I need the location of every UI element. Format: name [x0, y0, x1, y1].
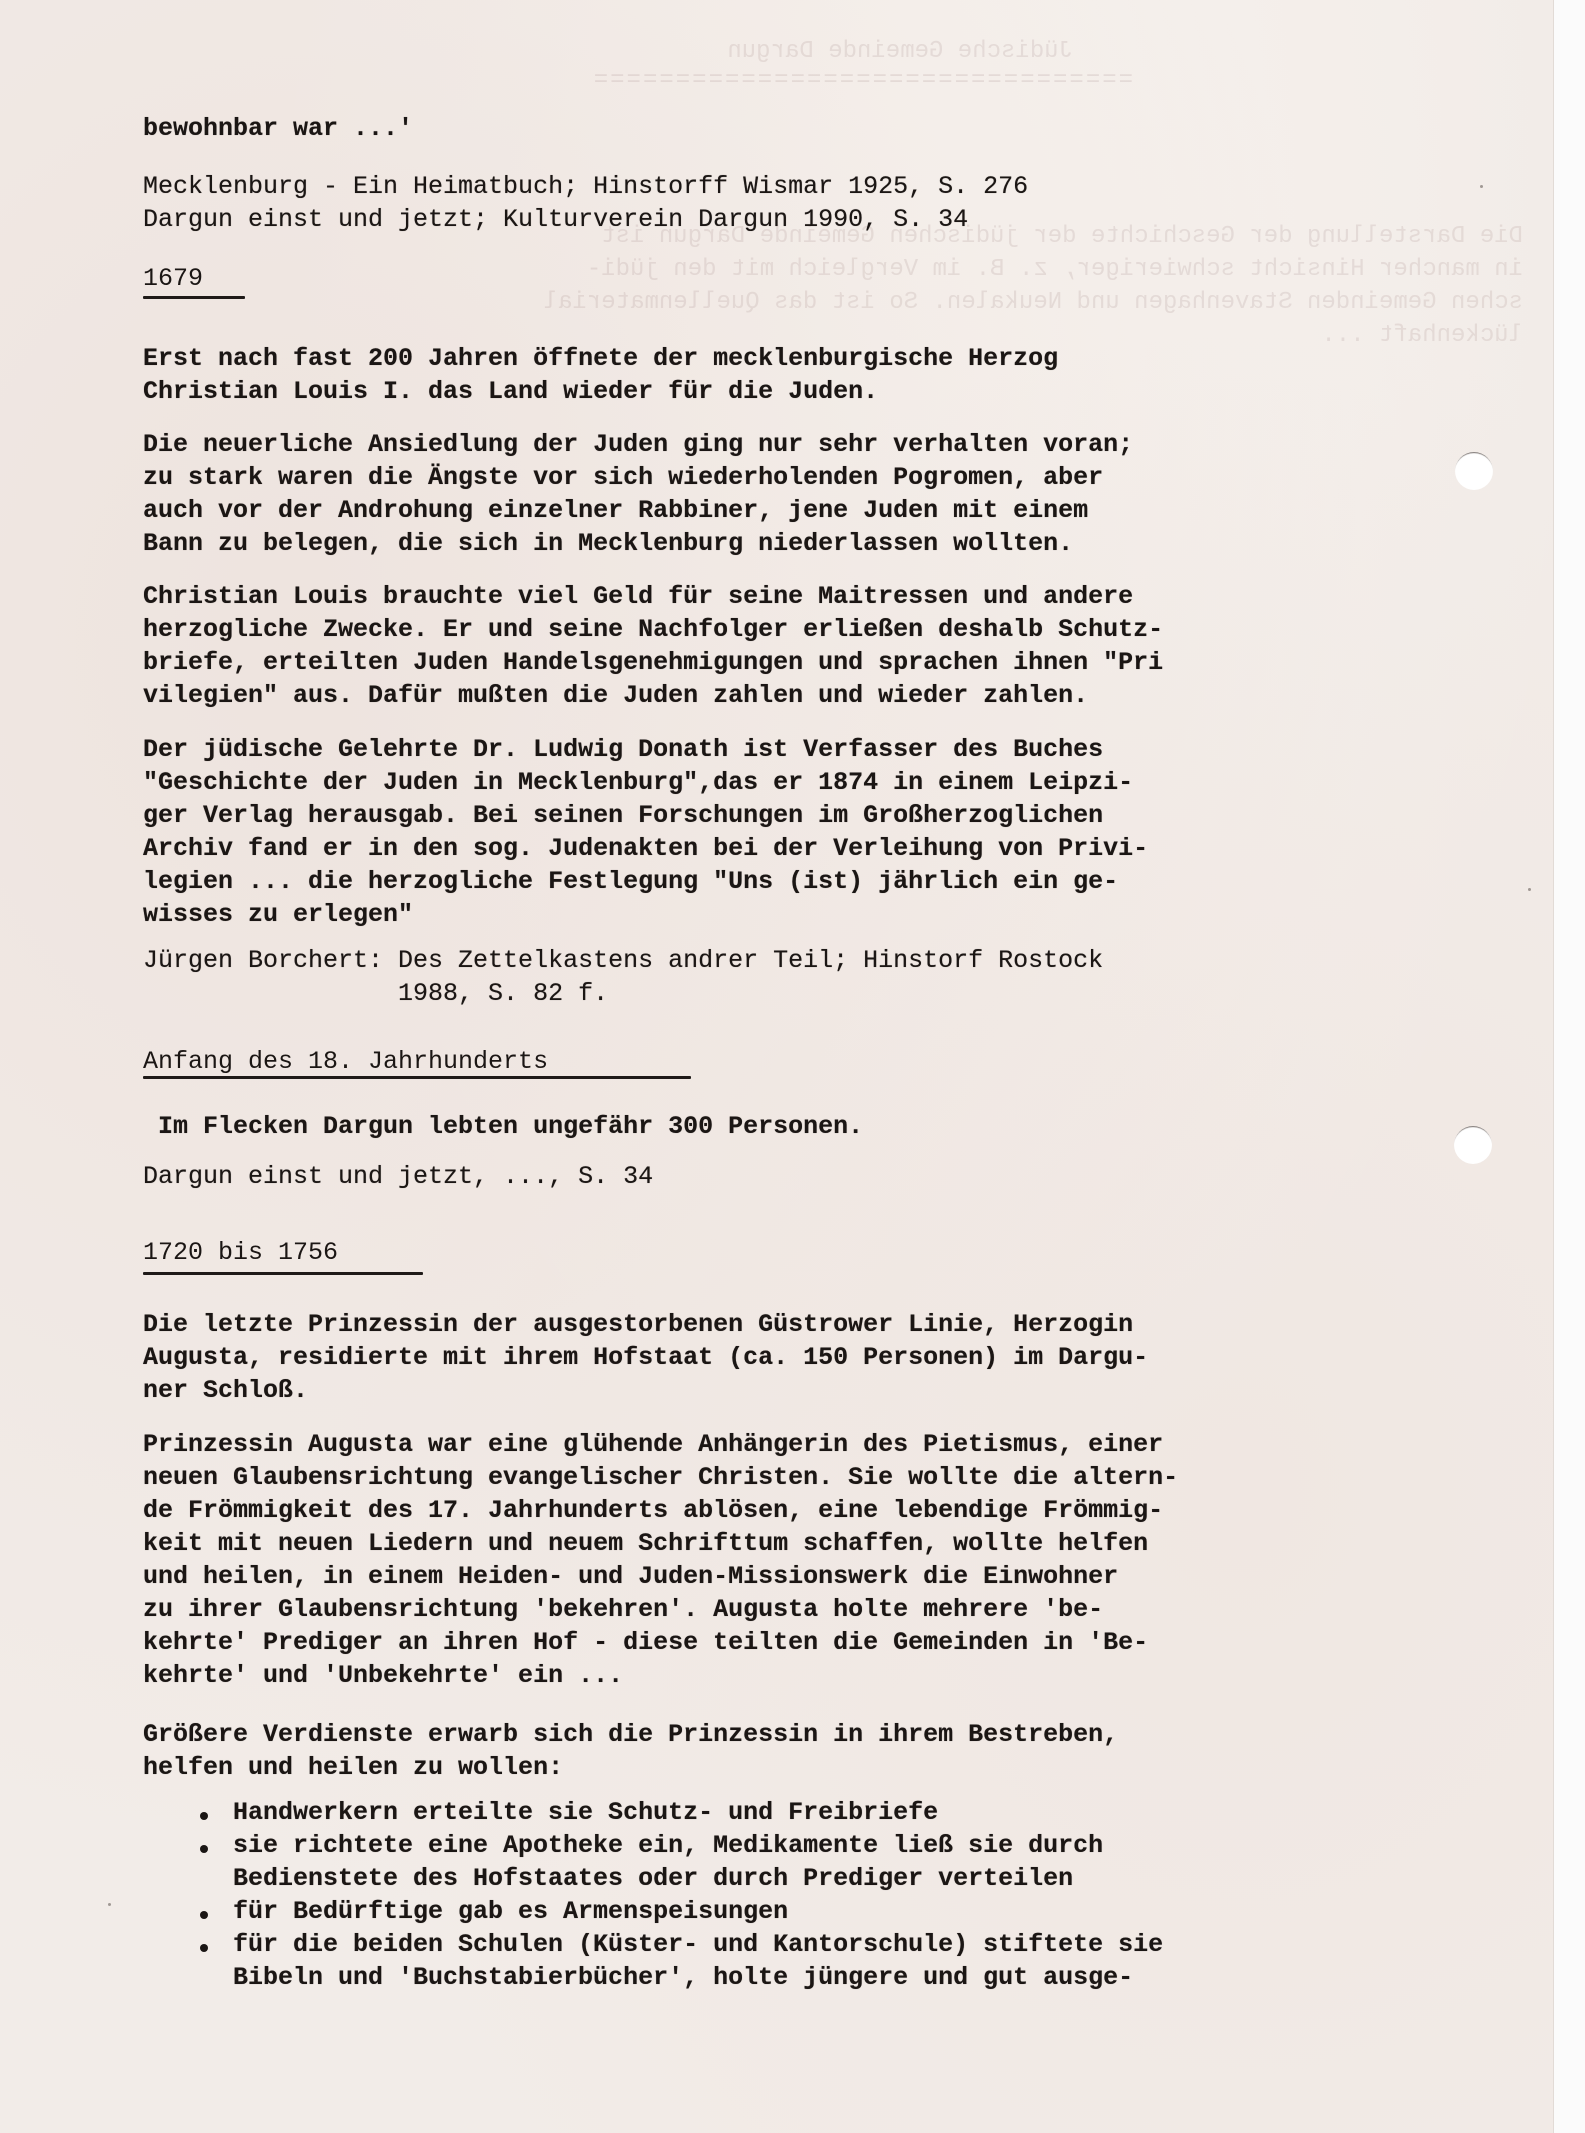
paragraph-line: vilegien" aus. Dafür mußten die Juden za… [143, 679, 1088, 712]
list-item-text: Handwerkern erteilte sie Schutz- und Fre… [233, 1796, 1163, 1829]
paragraph-line: Archiv fand er in den sog. Judenakten be… [143, 832, 1148, 865]
paragraph-line: kehrte' und 'Unbekehrte' ein ... [143, 1659, 623, 1692]
list-item-text: für Bedürftige gab es Armenspeisungen [233, 1895, 1163, 1928]
paragraph-line: helfen und heilen zu wollen: [143, 1751, 563, 1784]
paragraph-line: Die letzte Prinzessin der ausgestorbenen… [143, 1308, 1133, 1341]
bullet-list: Handwerkern erteilte sie Schutz- und Fre… [196, 1796, 1163, 1994]
heading-underline [143, 296, 245, 299]
heading-underline [143, 1076, 691, 1079]
paragraph-line: ner Schloß. [143, 1374, 308, 1407]
paragraph-line: keit mit neuen Liedern und neuem Schrift… [143, 1527, 1148, 1560]
paper-speck [1480, 185, 1483, 188]
section-heading-1720-1756: 1720 bis 1756 [143, 1236, 338, 1269]
bullet-icon [200, 1812, 208, 1820]
source-citation: Dargun einst und jetzt; Kulturverein Dar… [143, 203, 968, 236]
source-citation: Mecklenburg - Ein Heimatbuch; Hinstorff … [143, 170, 1028, 203]
list-item: für die beiden Schulen (Küster- und Kant… [196, 1928, 1163, 1994]
paragraph-line: Der jüdische Gelehrte Dr. Ludwig Donath … [143, 733, 1103, 766]
paragraph-line: Augusta, residierte mit ihrem Hofstaat (… [143, 1341, 1148, 1374]
paragraph-line: herzogliche Zwecke. Er und seine Nachfol… [143, 613, 1163, 646]
paper-speck [108, 1903, 111, 1906]
section-heading-1679: 1679 [143, 262, 203, 295]
paragraph-line: zu stark waren die Ängste vor sich wiede… [143, 461, 1103, 494]
paragraph-line: ger Verlag herausgab. Bei seinen Forschu… [143, 799, 1103, 832]
list-item-text: Bibeln und 'Buchstabierbücher', holte jü… [233, 1961, 1163, 1994]
paragraph-line: Christian Louis brauchte viel Geld für s… [143, 580, 1133, 613]
paragraph-line: auch vor der Androhung einzelner Rabbine… [143, 494, 1088, 527]
paragraph-line: Erst nach fast 200 Jahren öffnete der me… [143, 342, 1058, 375]
paragraph-line: kehrte' Prediger an ihren Hof - diese te… [143, 1626, 1148, 1659]
section-heading-18th-century: Anfang des 18. Jahrhunderts [143, 1045, 548, 1078]
list-item: für Bedürftige gab es Armenspeisungen [196, 1895, 1163, 1928]
bullet-icon [200, 1944, 208, 1952]
paragraph-line: legien ... die herzogliche Festlegung "U… [143, 865, 1118, 898]
paragraph-line: Größere Verdienste erwarb sich die Prinz… [143, 1718, 1118, 1751]
paragraph-line: neuen Glaubensrichtung evangelischer Chr… [143, 1461, 1178, 1494]
paragraph-line: briefe, erteilten Juden Handelsgenehmigu… [143, 646, 1163, 679]
paragraph-line: wisses zu erlegen" [143, 898, 413, 931]
paragraph-line: Die neuerliche Ansiedlung der Juden ging… [143, 428, 1133, 461]
paragraph-line: und heilen, in einem Heiden- und Juden-M… [143, 1560, 1118, 1593]
paragraph-line: "Geschichte der Juden in Mecklenburg",da… [143, 766, 1133, 799]
heading-underline [143, 1272, 423, 1275]
paragraph-line: Prinzessin Augusta war eine glühende Anh… [143, 1428, 1163, 1461]
source-citation: Jürgen Borchert: Des Zettelkastens andre… [143, 944, 1103, 977]
list-item: Handwerkern erteilte sie Schutz- und Fre… [196, 1796, 1163, 1829]
paragraph-line: Bann zu belegen, die sich in Mecklenburg… [143, 527, 1073, 560]
punch-hole-top [1455, 452, 1493, 490]
bullet-icon [200, 1911, 208, 1919]
bullet-icon [200, 1845, 208, 1853]
paragraph-line: zu ihrer Glaubensrichtung 'bekehren'. Au… [143, 1593, 1103, 1626]
paper-speck [1528, 888, 1531, 891]
source-citation: 1988, S. 82 f. [143, 977, 608, 1010]
source-citation: Dargun einst und jetzt, ..., S. 34 [143, 1160, 653, 1193]
punch-hole-bottom [1454, 1126, 1492, 1164]
paragraph-line: Im Flecken Dargun lebten ungefähr 300 Pe… [143, 1110, 863, 1143]
list-item-text: für die beiden Schulen (Küster- und Kant… [233, 1928, 1163, 1961]
list-item: sie richtete eine Apotheke ein, Medikame… [196, 1829, 1163, 1895]
paragraph-line: de Frömmigkeit des 17. Jahrhunderts ablö… [143, 1494, 1163, 1527]
opening-line: bewohnbar war ...' [143, 112, 413, 145]
paragraph-line: Christian Louis I. das Land wieder für d… [143, 375, 878, 408]
list-item-text: Bedienstete des Hofstaates oder durch Pr… [233, 1862, 1163, 1895]
list-item-text: sie richtete eine Apotheke ein, Medikame… [233, 1829, 1163, 1862]
